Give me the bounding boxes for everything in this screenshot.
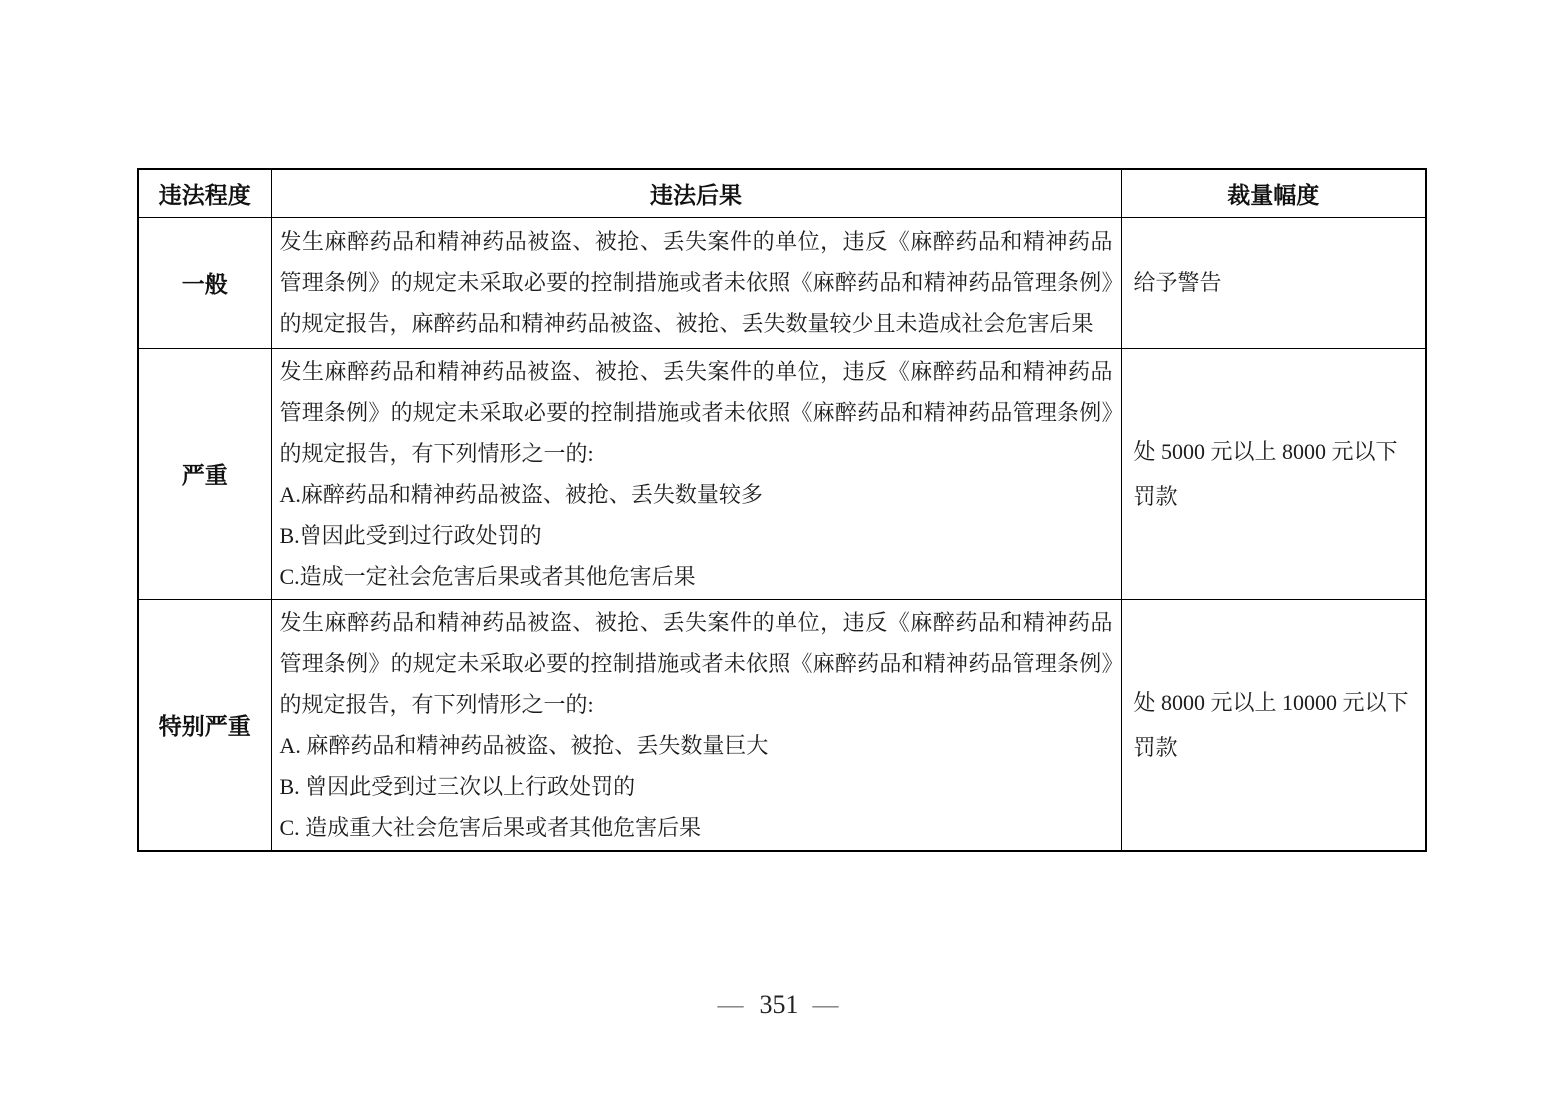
document-page: 违法程度 违法后果 裁量幅度 一般 发生麻醉药品和精神药品被盗、被抢、丢失案件的… xyxy=(0,0,1558,1102)
consequence-text: 发生麻醉药品和精神药品被盗、被抢、丢失案件的单位，违反《麻醉药品和精神药品管理条… xyxy=(280,351,1113,474)
col-header-discretion: 裁量幅度 xyxy=(1121,169,1426,217)
table-row-general: 一般 发生麻醉药品和精神药品被盗、被抢、丢失案件的单位，违反《麻醉药品和精神药品… xyxy=(138,217,1426,348)
degree-label-serious: 严重 xyxy=(138,348,271,599)
condition-item-c: C. 造成重大社会危害后果或者其他危害后果 xyxy=(280,807,1113,848)
condition-item-b: B.曾因此受到过行政处罚的 xyxy=(280,515,1113,556)
condition-item-a: A. 麻醉药品和精神药品被盗、被抢、丢失数量巨大 xyxy=(280,725,1113,766)
penalty-cell-general: 给予警告 xyxy=(1121,217,1426,348)
page-number-dash-right: — xyxy=(813,990,841,1019)
col-header-consequence: 违法后果 xyxy=(271,169,1121,217)
penalty-table: 违法程度 违法后果 裁量幅度 一般 发生麻醉药品和精神药品被盗、被抢、丢失案件的… xyxy=(137,168,1427,852)
page-number-dash-left: — xyxy=(718,990,746,1019)
condition-item-a: A.麻醉药品和精神药品被盗、被抢、丢失数量较多 xyxy=(280,474,1113,515)
penalty-cell-especially-serious: 处 8000 元以上 10000 元以下罚款 xyxy=(1121,599,1426,851)
table-row-especially-serious: 特别严重 发生麻醉药品和精神药品被盗、被抢、丢失案件的单位，违反《麻醉药品和精神… xyxy=(138,599,1426,851)
degree-label-especially-serious: 特别严重 xyxy=(138,599,271,851)
condition-item-c: C.造成一定社会危害后果或者其他危害后果 xyxy=(280,556,1113,597)
page-number: —351— xyxy=(0,990,1558,1020)
consequence-text: 发生麻醉药品和精神药品被盗、被抢、丢失案件的单位，违反《麻醉药品和精神药品管理条… xyxy=(280,221,1113,344)
consequence-text: 发生麻醉药品和精神药品被盗、被抢、丢失案件的单位，违反《麻醉药品和精神药品管理条… xyxy=(280,602,1113,725)
penalty-cell-serious: 处 5000 元以上 8000 元以下罚款 xyxy=(1121,348,1426,599)
table-header-row: 违法程度 违法后果 裁量幅度 xyxy=(138,169,1426,217)
col-header-degree: 违法程度 xyxy=(138,169,271,217)
condition-item-b: B. 曾因此受到过三次以上行政处罚的 xyxy=(280,766,1113,807)
consequence-cell-serious: 发生麻醉药品和精神药品被盗、被抢、丢失案件的单位，违反《麻醉药品和精神药品管理条… xyxy=(271,348,1121,599)
page-number-value: 351 xyxy=(760,990,799,1019)
consequence-cell-especially-serious: 发生麻醉药品和精神药品被盗、被抢、丢失案件的单位，违反《麻醉药品和精神药品管理条… xyxy=(271,599,1121,851)
table-row-serious: 严重 发生麻醉药品和精神药品被盗、被抢、丢失案件的单位，违反《麻醉药品和精神药品… xyxy=(138,348,1426,599)
degree-label-general: 一般 xyxy=(138,217,271,348)
consequence-cell-general: 发生麻醉药品和精神药品被盗、被抢、丢失案件的单位，违反《麻醉药品和精神药品管理条… xyxy=(271,217,1121,348)
